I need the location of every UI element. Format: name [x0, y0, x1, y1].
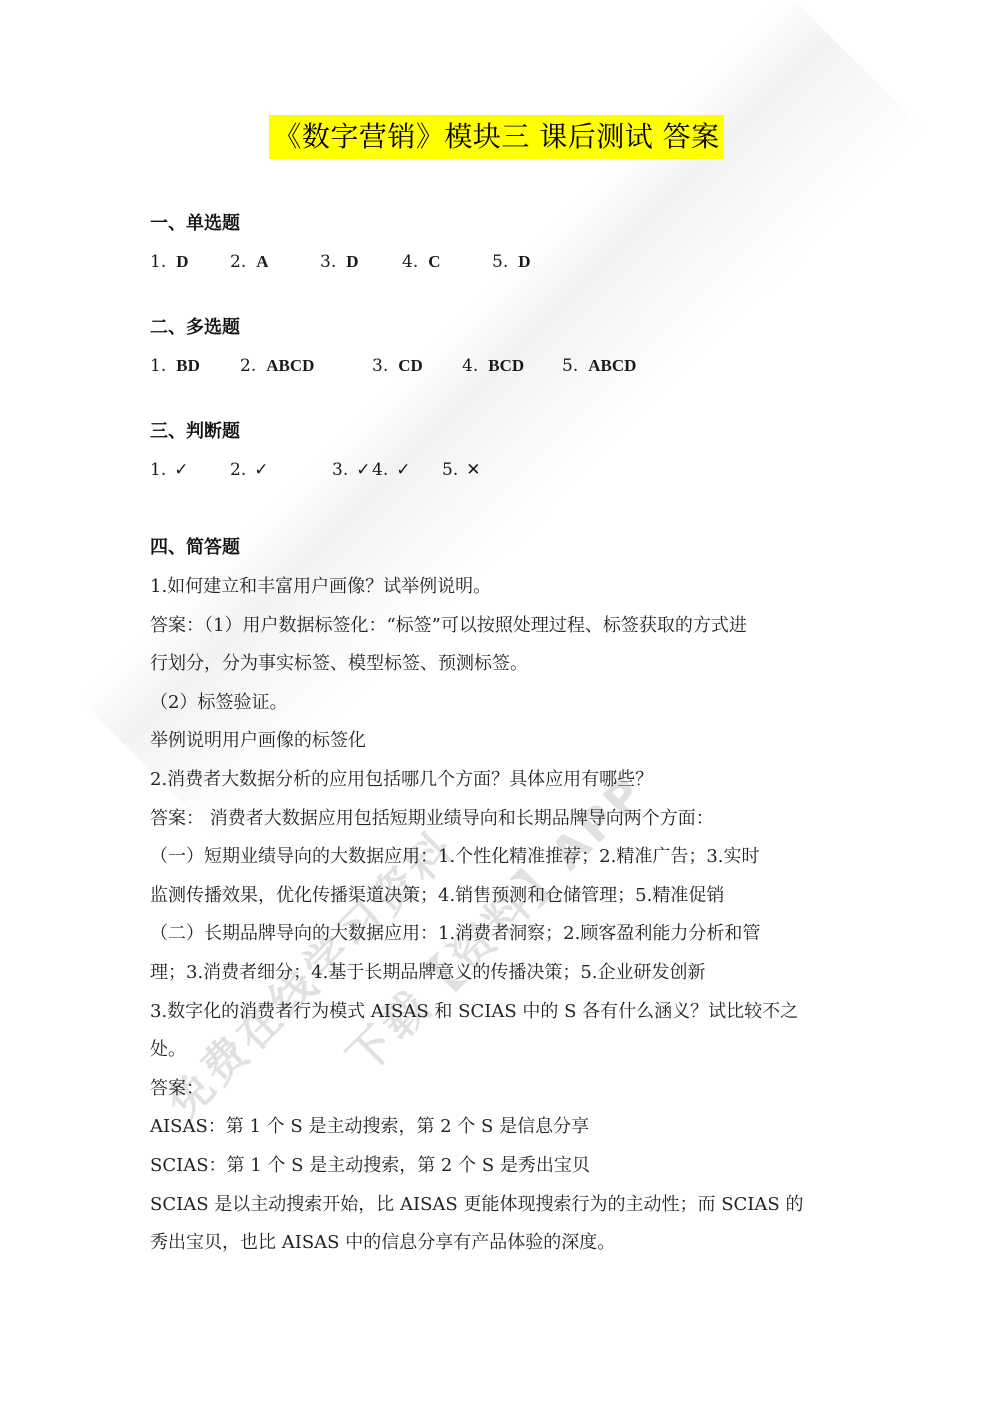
answer-label: 答案： [150, 1070, 840, 1109]
answer-item: 3.D [320, 252, 359, 272]
section-heading: 四、简答题 [150, 536, 240, 560]
section-heading: 一、单选题 [150, 212, 240, 236]
answer-text: 理；3.消费者细分；4.基于长期品牌意义的传播决策；5.企业研发创新 [150, 954, 840, 993]
short-answer-body: 1.如何建立和丰富用户画像？试举例说明。 答案：（1）用户数据标签化：“标签”可… [150, 568, 840, 1263]
answer-item: 5.ABCD [562, 356, 636, 376]
answer-text: SCIAS 是以主动搜索开始，比 AISAS 更能体现搜索行为的主动性；而 SC… [150, 1186, 840, 1225]
answer-text: （二）长期品牌导向的大数据应用：1.消费者洞察；2.顾客盈利能力分析和管 [150, 915, 840, 954]
question-2: 2.消费者大数据分析的应用包括哪几个方面？具体应用有哪些？ [150, 761, 840, 800]
answer-item: 1.✓ [150, 460, 188, 480]
answer-item: 3.✓ [332, 460, 370, 480]
section-multiple-choice: 二、多选题 1.BD 2.ABCD 3.CD 4.BCD 5.ABCD [150, 316, 240, 382]
answer-row: 1.✓ 2.✓ 3.✓ 4.✓ 5.✕ [150, 460, 240, 486]
answer-item: 2.A [230, 252, 269, 272]
answer-row: 1.D 2.A 3.D 4.C 5.D [150, 252, 240, 278]
answer-item: 2.ABCD [240, 356, 314, 376]
section-short-answer: 四、简答题 [150, 536, 240, 560]
answer-item: 1.BD [150, 356, 200, 376]
answer-text: AISAS：第 1 个 S 是主动搜索，第 2 个 S 是信息分享 [150, 1108, 840, 1147]
answer-text: 监测传播效果，优化传播渠道决策；4.销售预测和仓储管理；5.精准促销 [150, 877, 840, 916]
title-container: 《数字营销》模块三 课后测试 答案 [0, 115, 993, 159]
answer-text: 行划分，分为事实标签、模型标签、预测标签。 [150, 645, 840, 684]
section-heading: 三、判断题 [150, 420, 240, 444]
answer-text: （一）短期业绩导向的大数据应用：1.个性化精准推荐；2.精准广告；3.实时 [150, 838, 840, 877]
answer-item: 3.CD [372, 356, 423, 376]
document-title: 《数字营销》模块三 课后测试 答案 [269, 115, 723, 159]
answer-item: 4.C [402, 252, 441, 272]
answer-item: 4.✓ [372, 460, 410, 480]
answer-text: SCIAS：第 1 个 S 是主动搜索，第 2 个 S 是秀出宝贝 [150, 1147, 840, 1186]
section-single-choice: 一、单选题 1.D 2.A 3.D 4.C 5.D [150, 212, 240, 278]
answer-row: 1.BD 2.ABCD 3.CD 4.BCD 5.ABCD [150, 356, 240, 382]
question-3-cont: 处。 [150, 1031, 840, 1070]
question-1: 1.如何建立和丰富用户画像？试举例说明。 [150, 568, 840, 607]
section-heading: 二、多选题 [150, 316, 240, 340]
answer-item: 5.D [492, 252, 531, 272]
answer-text: 秀出宝贝，也比 AISAS 中的信息分享有产品体验的深度。 [150, 1224, 840, 1263]
section-true-false: 三、判断题 1.✓ 2.✓ 3.✓ 4.✓ 5.✕ [150, 420, 240, 486]
question-3: 3.数字化的消费者行为模式 AISAS 和 SCIAS 中的 S 各有什么涵义？… [150, 993, 840, 1032]
document-page: 《数字营销》模块三 课后测试 答案 一、单选题 1.D 2.A 3.D 4.C … [0, 0, 993, 1404]
answer-text: （2）标签验证。 [150, 684, 840, 723]
answer-text: 答案： 消费者大数据应用包括短期业绩导向和长期品牌导向两个方面： [150, 800, 840, 839]
answer-item: 1.D [150, 252, 189, 272]
answer-item: 4.BCD [462, 356, 524, 376]
answer-item: 2.✓ [230, 460, 268, 480]
answer-item: 5.✕ [442, 460, 480, 480]
answer-text: 答案：（1）用户数据标签化：“标签”可以按照处理过程、标签获取的方式进 [150, 607, 840, 646]
answer-text: 举例说明用户画像的标签化 [150, 722, 840, 761]
